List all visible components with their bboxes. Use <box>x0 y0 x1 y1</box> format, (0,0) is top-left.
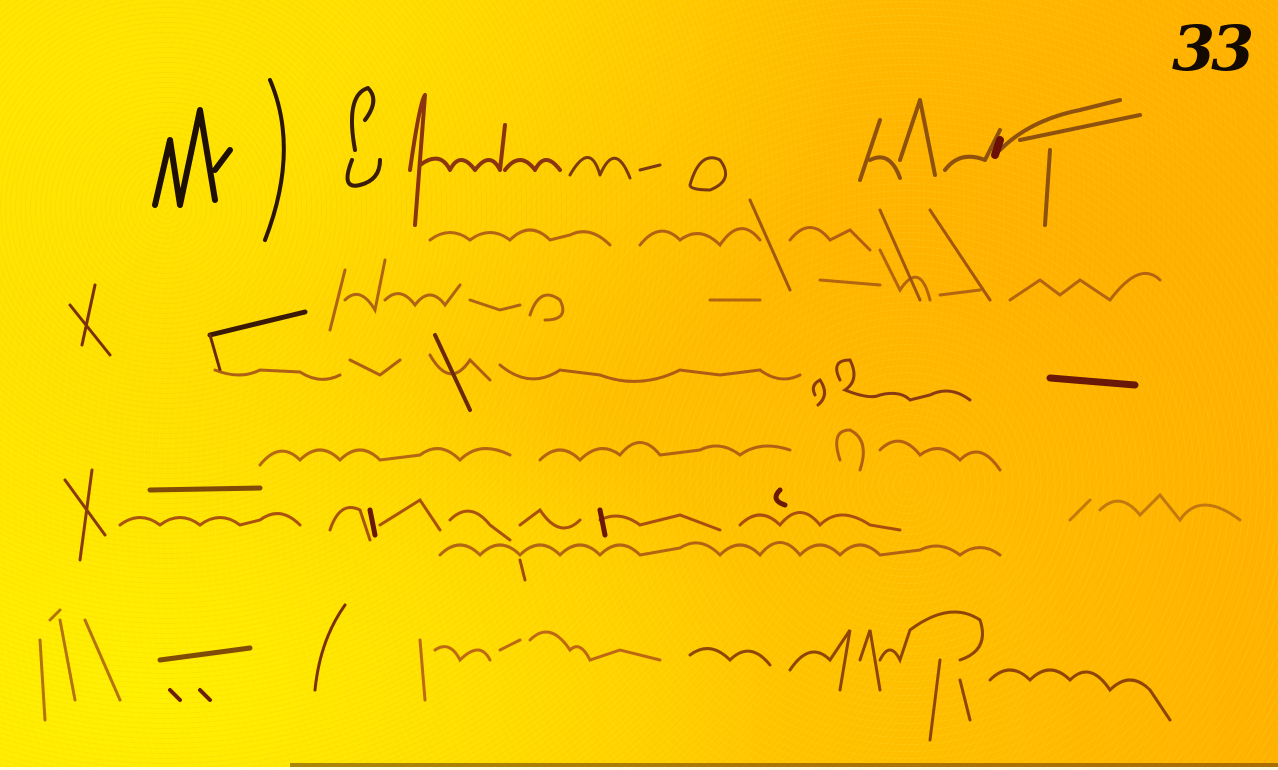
paper-bottom-edge <box>0 760 1278 770</box>
heading-line <box>155 80 1140 240</box>
manuscript-page: 33 <box>0 0 1278 770</box>
interlinear-note-2 <box>260 430 1000 470</box>
x-margin-mark-2 <box>65 470 105 560</box>
line-6 <box>65 470 1240 560</box>
handwriting-strokes <box>0 0 1278 770</box>
line-3 <box>70 250 1160 370</box>
interlinear-note-1 <box>430 200 990 300</box>
line-8 <box>40 605 1170 740</box>
line-7 <box>440 543 1000 581</box>
x-margin-mark-1 <box>70 285 110 355</box>
line-4 <box>215 335 1135 410</box>
